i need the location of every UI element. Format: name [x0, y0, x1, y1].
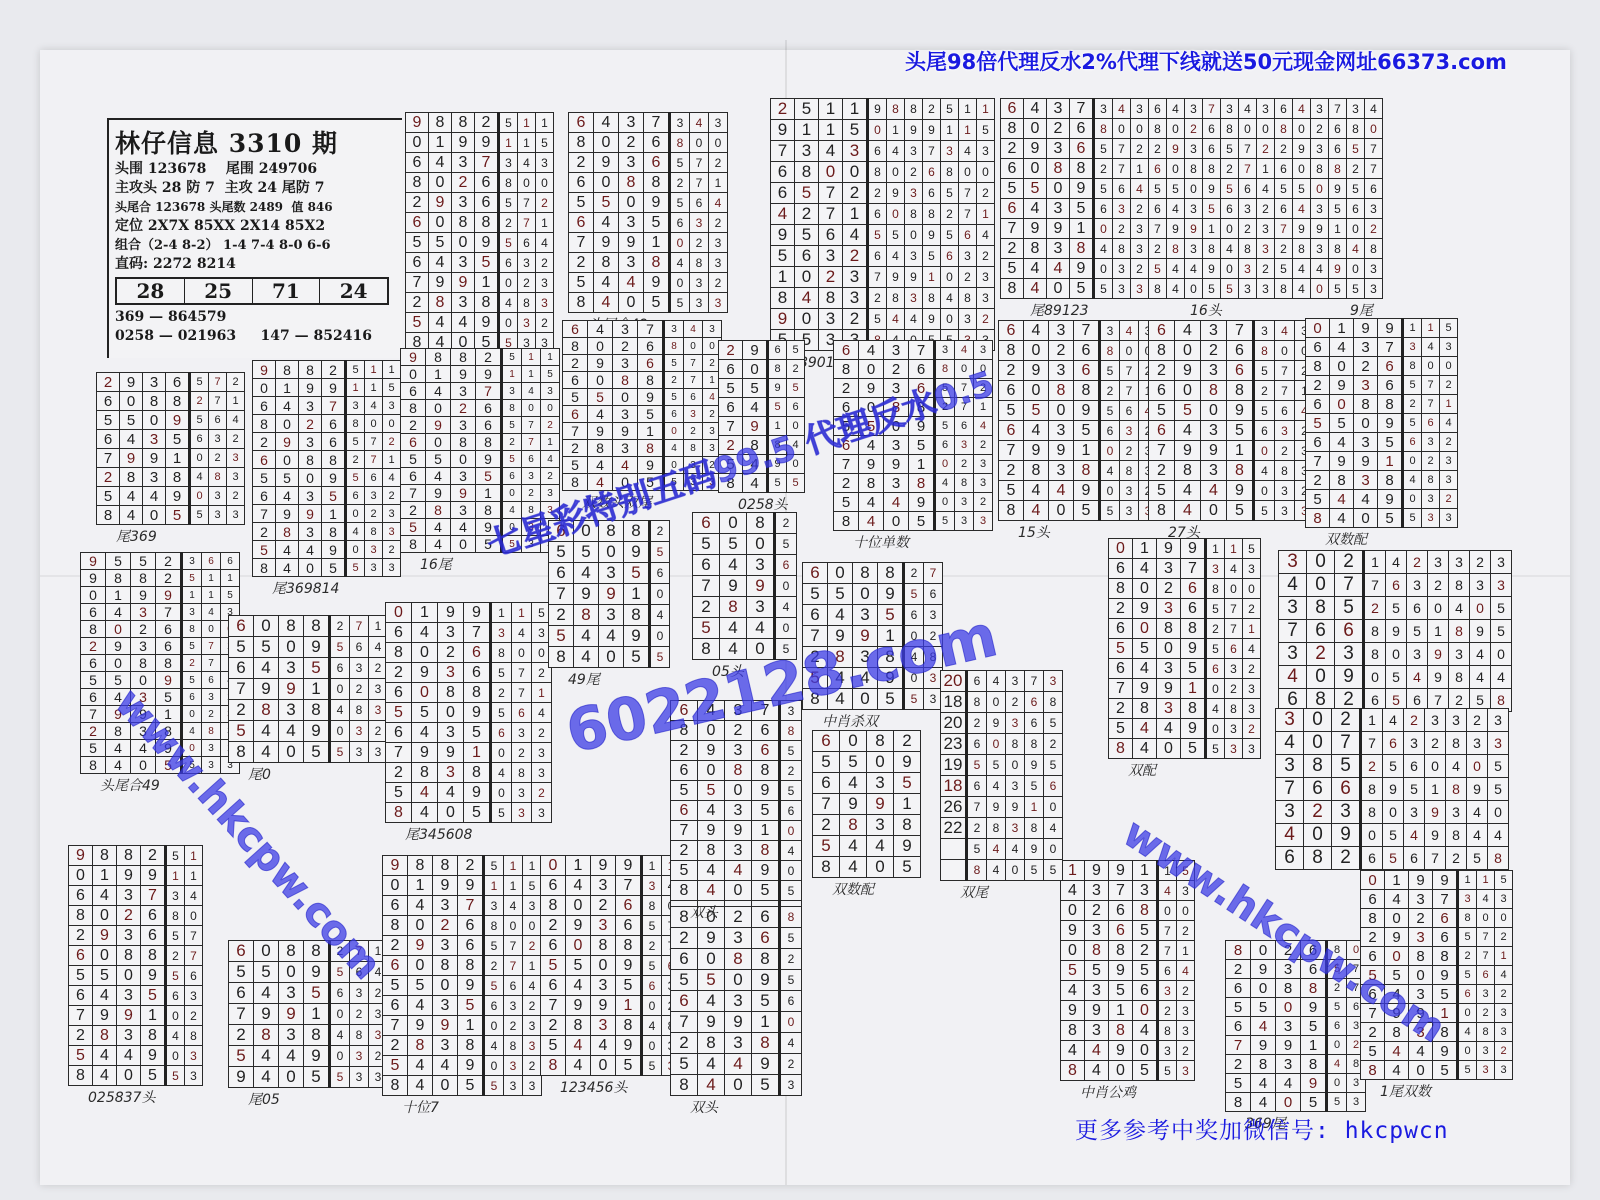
- grid-cell: 9: [616, 856, 642, 876]
- grid-cell: 2: [795, 204, 819, 225]
- grid-cell: 3: [884, 341, 909, 360]
- grid-cell: 8: [452, 213, 475, 233]
- grid-cell: 4: [771, 204, 795, 225]
- grid-cell: 9: [276, 505, 299, 523]
- grid-cell: 0: [120, 392, 143, 411]
- grid-cell: 1: [566, 856, 591, 876]
- grid-cell: 3: [819, 246, 843, 267]
- grid-cell: 4: [426, 536, 451, 553]
- grid-cell: 4: [690, 113, 709, 133]
- grid-cell: 1: [484, 876, 504, 896]
- number-grid-g3: 2511988251191150199115734364373436800802…: [770, 98, 995, 351]
- number-grid-g29: 6082550964357991283854498405: [812, 730, 921, 878]
- grid-cell: 8: [1293, 239, 1311, 259]
- grid-cell: 0: [1307, 574, 1335, 597]
- grid-cell: 1: [642, 856, 662, 876]
- grid-cell: 5: [1133, 921, 1158, 941]
- grid-row: 6435632: [383, 996, 542, 1016]
- grid-cell: 3: [1428, 551, 1449, 574]
- grid-cell: 8: [1149, 119, 1167, 139]
- grid-cell: 9: [613, 423, 638, 440]
- grid-cell: 8: [569, 293, 594, 313]
- grid-cell: 3: [1085, 981, 1109, 1001]
- grid-cell: 8: [458, 1036, 484, 1056]
- grid-cell: 7: [959, 183, 977, 204]
- grid-cell: 8: [1085, 941, 1109, 961]
- grid-cell: 4: [1279, 574, 1307, 597]
- grid-cell: 4: [1275, 321, 1295, 341]
- grid-cell: 2: [1243, 719, 1261, 739]
- grid-cell: 5: [894, 857, 921, 878]
- handwritten-note: 双头: [690, 902, 718, 922]
- grid-cell: 8: [752, 761, 780, 781]
- grid-cell: 2: [1332, 847, 1361, 870]
- grid-cell: 2: [1001, 239, 1024, 259]
- grid-cell: 2: [1221, 159, 1239, 179]
- grid-row: 608827: [69, 946, 203, 966]
- grid-cell: 8: [429, 113, 452, 133]
- grid-cell: 5: [229, 962, 254, 983]
- grid-cell: 3: [619, 153, 644, 173]
- grid-cell: 8: [1354, 395, 1378, 414]
- grid-cell: 6: [504, 976, 523, 996]
- grid-cell: 6: [719, 398, 743, 417]
- grid-cell: 2: [1085, 901, 1109, 921]
- grid-cell: 2: [834, 379, 859, 398]
- grid-cell: 6: [834, 341, 859, 360]
- grid-row: 550956: [1226, 998, 1366, 1017]
- grid-cell: 2: [1109, 699, 1133, 719]
- grid-cell: 3: [522, 468, 541, 485]
- grid-cell: 7: [1239, 139, 1257, 159]
- grid-cell: 4: [254, 983, 279, 1004]
- grid-cell: 0: [1109, 539, 1133, 559]
- grid-row: 6437343: [1109, 559, 1261, 579]
- grid-cell: 7: [504, 936, 523, 956]
- grid-cell: 6: [1070, 119, 1094, 139]
- grid-cell: 9: [229, 1067, 254, 1088]
- grid-cell: 7: [1181, 559, 1206, 579]
- grid-cell: 4: [887, 309, 905, 330]
- grid-cell: 0: [1495, 909, 1513, 928]
- grid-cell: 5: [768, 398, 787, 417]
- grid-cell: 6: [1275, 159, 1293, 179]
- grid-cell: 4: [1403, 471, 1422, 490]
- grid-cell: 0: [1307, 551, 1335, 574]
- grid-row: 9882511: [253, 361, 401, 379]
- grid-cell: 2: [541, 1016, 566, 1036]
- grid-cell: 4: [408, 1056, 433, 1076]
- grid-cell: 9: [408, 936, 433, 956]
- grid-row: 28384832838483283848: [1001, 239, 1383, 259]
- grid-cell: 8: [1044, 692, 1063, 713]
- grid-cell: 0: [1206, 679, 1225, 699]
- grid-cell: 3: [905, 183, 923, 204]
- grid-cell: 8: [1488, 847, 1509, 870]
- grid-cell: 3: [1085, 881, 1109, 901]
- grid-cell: 5: [650, 542, 670, 563]
- grid-cell: 3: [977, 141, 995, 162]
- grid-cell: 5: [1133, 639, 1157, 659]
- grid-cell: 2: [693, 597, 720, 618]
- grid-row: 8026800: [401, 400, 560, 417]
- grid-cell: 4: [408, 1076, 433, 1096]
- grid-cell: 3: [709, 253, 728, 273]
- grid-cell: 0: [1221, 259, 1239, 279]
- grid-cell: 3: [819, 309, 843, 330]
- grid-cell: 1: [1133, 539, 1157, 559]
- grid-cell: 0: [1239, 119, 1257, 139]
- grid-cell: 3: [1311, 99, 1329, 119]
- grid-cell: 3: [1488, 732, 1509, 755]
- grid-cell: 5: [166, 506, 190, 525]
- grid-cell: 4: [588, 457, 613, 474]
- grid-cell: 4: [412, 623, 438, 643]
- grid-cell: 9: [599, 584, 624, 605]
- grid-cell: 2: [1306, 376, 1330, 395]
- grid-cell: 2: [69, 926, 93, 946]
- grid-cell: 2: [365, 505, 383, 523]
- grid-cell: 5: [941, 183, 959, 204]
- grid-cell: 1: [843, 99, 868, 120]
- grid-cell: 9: [725, 821, 752, 841]
- grid-cell: 6: [868, 246, 887, 267]
- grid-cell: 3: [867, 815, 894, 836]
- grid-cell: 2: [1361, 928, 1385, 947]
- grid-cell: 4: [594, 113, 619, 133]
- grid-cell: 2: [771, 99, 795, 120]
- grid-cell: 6: [549, 563, 574, 584]
- grid-row: 2838483: [834, 474, 993, 493]
- grid-cell: 4: [1061, 1041, 1085, 1061]
- grid-cell: 5: [1109, 981, 1133, 1001]
- grid-cell: 9: [771, 225, 795, 246]
- grid-cell: 5: [840, 752, 867, 773]
- grid-cell: 9: [923, 120, 941, 141]
- grid-cell: 7: [383, 1016, 408, 1036]
- grid-cell: 0: [941, 267, 959, 288]
- grid-cell: 5: [1024, 179, 1047, 199]
- grid-row: 79910: [671, 821, 802, 841]
- grid-cell: 4: [1167, 259, 1185, 279]
- grid-cell: 3: [383, 505, 401, 523]
- grid-cell: 8: [182, 621, 202, 638]
- grid-cell: 1: [365, 379, 383, 397]
- grid-row: 0199115: [386, 603, 552, 623]
- grid-cell: 7: [1120, 381, 1139, 401]
- grid-cell: 3: [1446, 709, 1467, 732]
- grid-cell: 3: [747, 597, 775, 618]
- grid-cell: 6: [1070, 139, 1094, 159]
- grid-cell: 4: [1024, 199, 1047, 219]
- grid-cell: 2: [1364, 597, 1386, 620]
- grid-cell: 1: [383, 451, 401, 469]
- grid-cell: 8: [638, 440, 664, 457]
- grid-cell: 3: [1458, 890, 1477, 909]
- grid-cell: 3: [279, 983, 304, 1004]
- grid-cell: 6: [650, 563, 670, 584]
- grid-cell: 0: [743, 360, 768, 379]
- grid-row: 6456: [719, 398, 805, 417]
- grid-cell: 4: [974, 417, 993, 436]
- grid-cell: 5: [752, 881, 780, 901]
- grid-cell: 7: [476, 383, 502, 400]
- grid-cell: 0: [1383, 801, 1404, 824]
- grid-cell: 2: [346, 451, 365, 469]
- grid-row: 6437343: [1149, 321, 1315, 341]
- grid-cell: 8: [1458, 909, 1477, 928]
- grid-cell: 1: [182, 587, 202, 604]
- grid-cell: 5: [941, 99, 959, 120]
- handwritten-note: 9尾: [1350, 300, 1373, 320]
- grid-cell: 2: [522, 485, 541, 502]
- grid-cell: 4: [120, 430, 143, 449]
- grid-cell: 2: [1440, 490, 1458, 509]
- grid-cell: 3: [1491, 551, 1512, 574]
- grid-cell: 0: [279, 742, 304, 763]
- grid-cell: 9: [1157, 539, 1181, 559]
- grid-cell: 5: [1227, 421, 1254, 441]
- grid-cell: 1: [1070, 219, 1094, 239]
- grid-cell: 5: [346, 361, 365, 379]
- grid-cell: 2: [1446, 847, 1467, 870]
- grid-cell: 8: [401, 400, 426, 417]
- grid-cell: 8: [1201, 381, 1227, 401]
- grid-cell: 9: [81, 570, 106, 587]
- grid-cell: 5: [304, 983, 330, 1004]
- handwritten-note: 16尾: [420, 554, 452, 574]
- grid-cell: 1: [504, 876, 523, 896]
- grid-cell: 0: [684, 338, 703, 355]
- grid-cell: 2: [775, 513, 797, 534]
- grid-cell: 4: [279, 1046, 304, 1067]
- grid-cell: 8: [999, 341, 1024, 361]
- grid-cell: 6: [616, 916, 642, 936]
- grid-cell: 7: [923, 141, 941, 162]
- grid-cell: 0: [1175, 381, 1201, 401]
- grid-row: 2965: [719, 341, 805, 360]
- grid-cell: 2: [383, 541, 401, 559]
- grid-cell: 0: [276, 415, 299, 433]
- grid-row: 2838: [813, 815, 921, 836]
- grid-cell: 4: [1276, 732, 1304, 755]
- grid-cell: 8: [401, 536, 426, 553]
- grid-cell: 5: [1221, 279, 1239, 299]
- grid-cell: 7: [185, 926, 203, 946]
- grid-row: 6437343: [1361, 890, 1513, 909]
- grid-cell: 3: [1404, 732, 1425, 755]
- grid-cell: 5: [1243, 539, 1261, 559]
- grid-cell: 3: [532, 763, 552, 783]
- grid-cell: 6: [1074, 361, 1100, 381]
- grid-cell: 4: [1330, 490, 1354, 509]
- grid-cell: 3: [1276, 709, 1304, 732]
- grid-cell: 0: [887, 204, 905, 225]
- grid-cell: 1: [1378, 452, 1403, 471]
- grid-cell: 9: [894, 836, 921, 857]
- grid-cell: 3: [182, 604, 202, 621]
- grid-cell: 3: [1049, 361, 1074, 381]
- grid-row: 3021423323: [1276, 709, 1509, 732]
- grid-cell: 8: [1433, 947, 1458, 966]
- grid-cell: 2: [523, 1056, 542, 1076]
- grid-cell: 6: [780, 991, 802, 1012]
- grid-cell: 4: [276, 559, 299, 577]
- grid-row: 643563: [69, 986, 203, 1006]
- grid-cell: 7: [1364, 574, 1386, 597]
- grid-cell: 3: [518, 253, 536, 273]
- grid-cell: 2: [1470, 551, 1491, 574]
- grid-cell: 8: [1167, 239, 1185, 259]
- grid-row: 2838483: [999, 461, 1158, 481]
- grid-cell: 8: [166, 392, 190, 411]
- grid-cell: 5: [484, 976, 504, 996]
- grid-row: 0199115: [406, 133, 554, 153]
- grid-cell: 3: [1407, 574, 1428, 597]
- grid-cell: 6: [141, 926, 166, 946]
- grid-cell: 2: [386, 663, 412, 683]
- grid-cell: 6: [1149, 381, 1175, 401]
- grid-row: 840553: [1226, 1093, 1366, 1112]
- handwritten-note: 16头: [1190, 300, 1222, 320]
- number-grid-g15: 6088271550956464356327991023283848354490…: [228, 615, 388, 763]
- grid-cell: 8: [1378, 471, 1403, 490]
- grid-cell: 8: [279, 616, 304, 637]
- grid-cell: 3: [1257, 239, 1275, 259]
- grid-row: 42716088271: [771, 204, 995, 225]
- grid-cell: 5: [1329, 279, 1347, 299]
- grid-row: 6435632: [253, 487, 401, 505]
- grid-cell: 1: [959, 120, 977, 141]
- grid-cell: 0: [1113, 119, 1131, 139]
- grid-cell: 4: [383, 469, 401, 487]
- grid-cell: 2: [202, 706, 221, 723]
- grid-cell: 3: [346, 397, 365, 415]
- grid-cell: 6: [1378, 376, 1403, 395]
- grid-cell: 5: [408, 976, 433, 996]
- grid-cell: 5: [752, 991, 780, 1012]
- grid-cell: 2: [1006, 692, 1025, 713]
- grid-cell: 6: [923, 162, 941, 183]
- grid-cell: 8: [853, 563, 878, 584]
- grid-cell: 7: [202, 638, 221, 655]
- grid-cell: 8: [1221, 119, 1239, 139]
- grid-cell: 8: [840, 815, 867, 836]
- grid-cell: 6: [346, 487, 365, 505]
- grid-cell: 3: [279, 658, 304, 679]
- grid-cell: 8: [690, 253, 709, 273]
- grid-cell: 9: [276, 433, 299, 451]
- grid-cell: 3: [1477, 985, 1495, 1004]
- grid-cell: 2: [532, 783, 552, 803]
- grid-cell: 5: [141, 1066, 166, 1086]
- grid-cell: 3: [867, 773, 894, 794]
- header-line-text: 主攻头 28 防 7: [115, 180, 215, 196]
- grid-cell: 6: [671, 761, 698, 781]
- grid-cell: 3: [1185, 139, 1203, 159]
- grid-cell: 8: [438, 683, 464, 703]
- grid-row: 84055: [671, 881, 802, 901]
- grid-row: 2838483: [1306, 471, 1458, 490]
- grid-row: 6088271: [81, 655, 240, 672]
- grid-cell: 8: [1330, 471, 1354, 490]
- grid-cell: 4: [725, 861, 752, 881]
- grid-row: 435632: [1061, 981, 1195, 1001]
- grid-cell: 8: [1306, 357, 1330, 376]
- grid-cell: 3: [1257, 99, 1275, 119]
- grid-cell: 6: [209, 411, 227, 430]
- grid-cell: 3: [512, 803, 532, 823]
- grid-cell: 6: [967, 776, 987, 797]
- grid-cell: 0: [698, 949, 725, 970]
- grid-cell: 5: [1100, 361, 1120, 381]
- grid-cell: 4: [987, 671, 1006, 692]
- grid-cell: 4: [1113, 99, 1131, 119]
- boxed-number: 28: [117, 279, 185, 303]
- grid-cell: 9: [698, 928, 725, 949]
- grid-cell: 4: [1024, 279, 1047, 299]
- grid-cell: 3: [209, 430, 227, 449]
- grid-cell: 3: [1243, 559, 1261, 579]
- grid-cell: 3: [350, 658, 369, 679]
- grid-cell: 6: [1327, 1017, 1347, 1036]
- grid-cell: 1: [522, 349, 541, 366]
- grid-cell: 5: [106, 672, 131, 689]
- grid-cell: 6: [458, 916, 484, 936]
- grid-row: 2936572: [563, 355, 722, 372]
- grid-cell: 3: [1225, 719, 1243, 739]
- grid-cell: 4: [987, 860, 1006, 881]
- grid-cell: 9: [923, 309, 941, 330]
- grid-cell: 9: [106, 638, 131, 655]
- grid-cell: 4: [499, 293, 518, 313]
- grid-cell: 5: [1158, 1061, 1177, 1081]
- grid-cell: 0: [884, 512, 909, 531]
- grid-row: 6437343: [406, 153, 554, 173]
- grid-cell: 6: [1133, 981, 1158, 1001]
- grid-row: 8026800: [386, 643, 552, 663]
- grid-row: 2834: [693, 597, 797, 618]
- grid-cell: 5: [780, 970, 802, 991]
- grid-cell: 9: [698, 1012, 725, 1033]
- grid-cell: 3: [843, 141, 868, 162]
- grid-cell: 7: [1433, 890, 1458, 909]
- handwritten-note: 025837头: [88, 1087, 155, 1107]
- grid-cell: 3: [182, 553, 202, 570]
- grid-cell: 4: [1061, 881, 1085, 901]
- handwritten-note: 15头: [1018, 522, 1050, 542]
- grid-row: 8405533: [253, 559, 401, 577]
- grid-cell: 7: [1226, 1036, 1251, 1055]
- grid-cell: 2: [1226, 1055, 1251, 1074]
- grid-cell: 0: [408, 956, 433, 976]
- grid-cell: 2: [671, 741, 698, 761]
- grid-cell: 0: [1311, 279, 1329, 299]
- grid-cell: 4: [532, 703, 552, 723]
- grid-cell: 8: [166, 468, 190, 487]
- grid-cell: 3: [499, 153, 518, 173]
- grid-cell: 5: [787, 341, 805, 360]
- grid-cell: 2: [97, 468, 120, 487]
- grid-cell: 4: [987, 776, 1006, 797]
- grid-cell: 7: [1477, 928, 1495, 947]
- grid-cell: 4: [709, 193, 728, 213]
- grid-cell: 9: [458, 876, 484, 896]
- grid-cell: 5: [1433, 1061, 1458, 1080]
- grid-cell: 8: [1304, 847, 1332, 870]
- grid-cell: 4: [843, 225, 868, 246]
- grid-cell: 0: [401, 366, 426, 383]
